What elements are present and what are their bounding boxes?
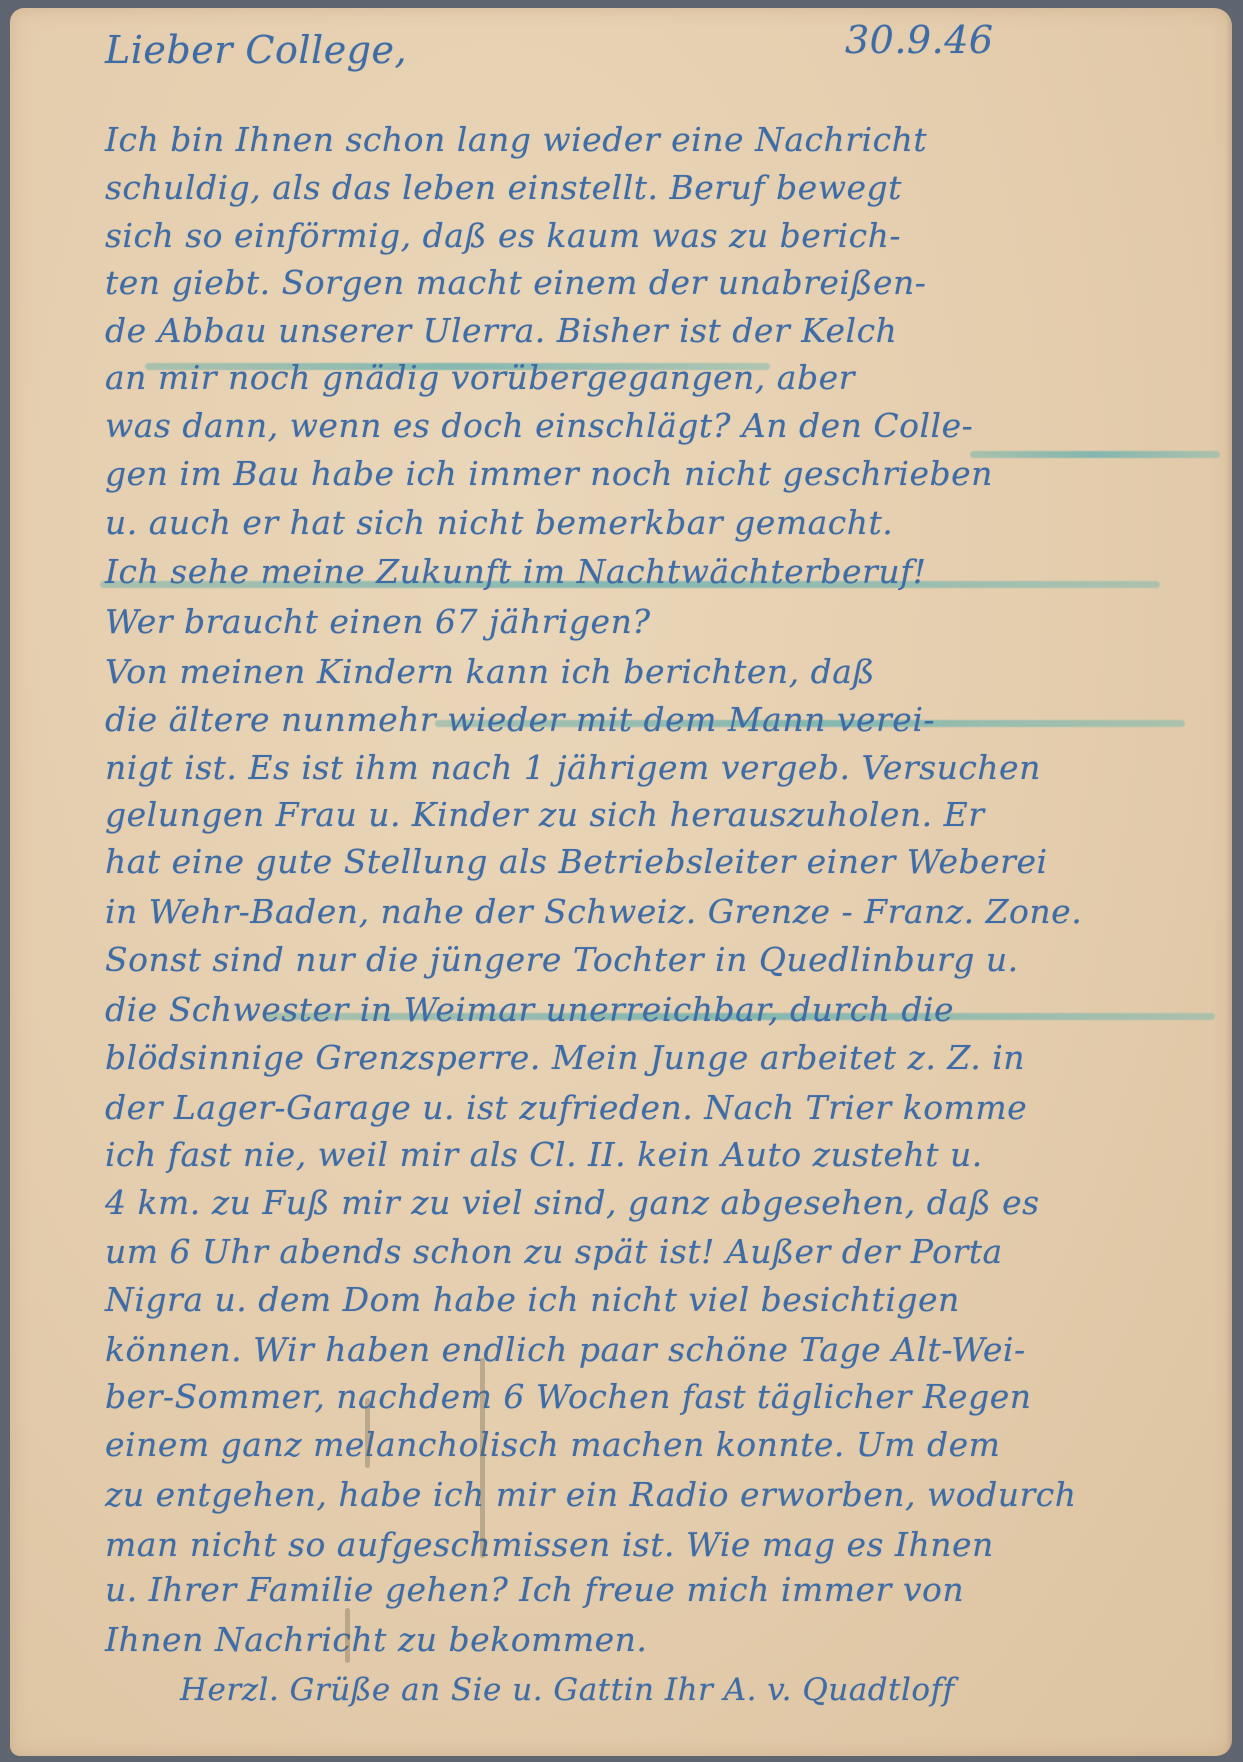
letter-line: der Lager-Garage u. ist zufrieden. Nach … bbox=[105, 1088, 1027, 1127]
letter-line: blödsinnige Grenzsperre. Mein Junge arbe… bbox=[105, 1038, 1025, 1077]
letter-line: können. Wir haben endlich paar schöne Ta… bbox=[105, 1330, 1026, 1369]
letter-line: Nigra u. dem Dom habe ich nicht viel bes… bbox=[105, 1280, 960, 1319]
letter-line: gen im Bau habe ich immer noch nicht ges… bbox=[105, 454, 993, 493]
letter-line: de Abbau unserer Ulerra. Bisher ist der … bbox=[105, 311, 897, 350]
letter-line: u. auch er hat sich nicht bemerkbar gema… bbox=[105, 503, 893, 542]
letter-line: was dann, wenn es doch einschlägt? An de… bbox=[105, 406, 973, 445]
letter-line: ten giebt. Sorgen macht einem der unabre… bbox=[105, 263, 926, 302]
letter-line: schuldig, als das leben einstellt. Beruf… bbox=[105, 168, 902, 207]
letter-line: in Wehr-Baden, nahe der Schweiz. Grenze … bbox=[105, 892, 1082, 931]
letter-line: hat eine gute Stellung als Betriebsleite… bbox=[105, 842, 1048, 881]
letter-line: nigt ist. Es ist ihm nach 1 jährigem ver… bbox=[105, 748, 1041, 787]
letter-line: die ältere nunmehr wieder mit dem Mann v… bbox=[105, 700, 935, 739]
letter-line: Ich bin Ihnen schon lang wieder eine Nac… bbox=[105, 120, 927, 159]
letter-line: ich fast nie, weil mir als Cl. II. kein … bbox=[105, 1135, 983, 1174]
letter-line: einem ganz melancholisch machen konnte. … bbox=[105, 1425, 1000, 1464]
letter-line: um 6 Uhr abends schon zu spät ist! Außer… bbox=[105, 1232, 1003, 1271]
greeting: Lieber College, bbox=[105, 28, 407, 72]
signature-closing: Herzl. Grüße an Sie u. Gattin Ihr A. v. … bbox=[180, 1672, 955, 1708]
letter-line: Von meinen Kindern kann ich berichten, d… bbox=[105, 652, 875, 691]
postcard: Lieber College, 30.9.46 Ich bin Ihnen sc… bbox=[10, 8, 1232, 1756]
letter-line: 4 km. zu Fuß mir zu viel sind, ganz abge… bbox=[105, 1183, 1040, 1222]
letter-line: ber-Sommer, nachdem 6 Wochen fast täglic… bbox=[105, 1377, 1032, 1416]
ink-stain bbox=[365, 1398, 370, 1468]
letter-line: Sonst sind nur die jüngere Tochter in Qu… bbox=[105, 940, 1019, 979]
letter-line: Wer braucht einen 67 jährigen? bbox=[105, 602, 651, 641]
ink-stain bbox=[345, 1608, 350, 1663]
letter-line: gelungen Frau u. Kinder zu sich herauszu… bbox=[105, 795, 985, 834]
letter-line: Ich sehe meine Zukunft im Nachtwächterbe… bbox=[105, 552, 927, 591]
letter-line: Ihnen Nachricht zu bekommen. bbox=[105, 1620, 647, 1659]
letter-line: sich so einförmig, daß es kaum was zu be… bbox=[105, 216, 901, 255]
ink-stain bbox=[480, 1358, 485, 1558]
letter-line: man nicht so aufgeschmissen ist. Wie mag… bbox=[105, 1525, 994, 1564]
crayon-underline bbox=[970, 451, 1220, 458]
letter-line: an mir noch gnädig vorübergegangen, aber bbox=[105, 358, 855, 397]
letter-line: die Schwester in Weimar unerreichbar, du… bbox=[105, 990, 954, 1029]
letter-line: zu entgehen, habe ich mir ein Radio erwo… bbox=[105, 1475, 1077, 1514]
letter-line: u. Ihrer Familie gehen? Ich freue mich i… bbox=[105, 1570, 964, 1609]
date: 30.9.46 bbox=[845, 18, 994, 62]
